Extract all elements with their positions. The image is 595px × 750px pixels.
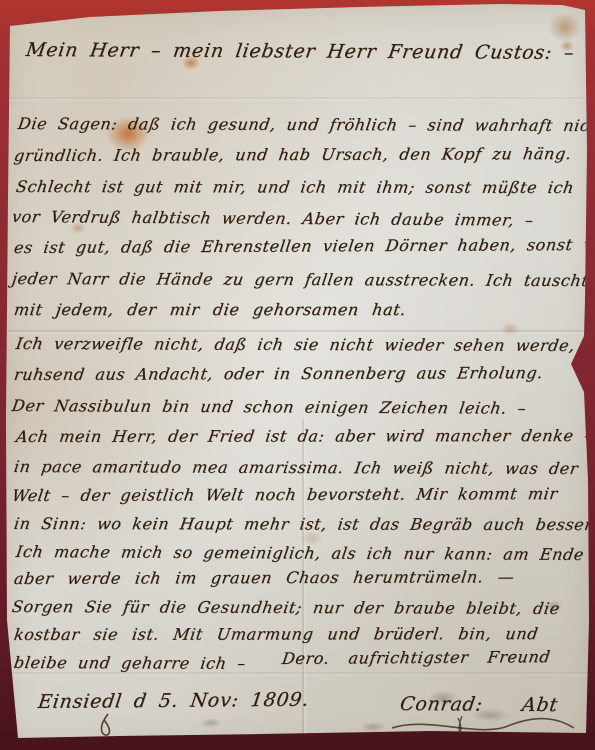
letter-line: Ach mein Herr, der Fried ist da: aber wi… — [15, 427, 564, 446]
letter-line: gründlich. Ich brauble, und hab Ursach, … — [13, 145, 556, 165]
letter-line: Der Nassibulun bin und schon einigen Zei… — [11, 397, 513, 418]
foxing-stain — [548, 12, 582, 42]
photo-background: Mein Herr – mein liebster Herr Freund Cu… — [0, 0, 595, 750]
letter-line: mit jedem, der mir die gehorsamen hat. — [13, 301, 408, 319]
letter-line: vor Verdruß halbtisch werden. Aber ich d… — [11, 208, 533, 230]
fold-crease — [6, 97, 588, 99]
date-flourish — [78, 712, 138, 742]
letter-line: Welt – der geistlich Welt noch bevorsteh… — [11, 485, 554, 505]
salutation-line: Mein Herr – mein liebster Herr Freund Cu… — [24, 40, 479, 64]
letter-line: Schlecht ist gut mit mir, und ich mit ih… — [15, 178, 565, 197]
letter-line: kostbar sie ist. Mit Umarmung und brüder… — [13, 625, 540, 644]
letter-line: Sorgen Sie für die Gesundheit; nur der b… — [11, 598, 561, 618]
letter-line: in Sinn: wo kein Haupt mehr ist, ist das… — [13, 515, 560, 534]
ink-smudge — [200, 718, 222, 728]
letter-line: in pace amaritudo mea amarissima. Ich we… — [13, 458, 563, 478]
signature: Conrad: Abt — [398, 694, 559, 717]
letter-line: aber werde ich im grauen Chaos herumtrüm… — [13, 568, 516, 588]
ink-smudge — [360, 722, 386, 732]
letter-line: Ich verzweifle nicht, daß ich sie nicht … — [15, 335, 571, 355]
foxing-stain — [500, 322, 520, 336]
letter-line: ruhsend aus Andacht, oder in Sonnenberg … — [13, 364, 544, 384]
fold-crease — [6, 330, 588, 332]
edge-tear — [579, 334, 595, 394]
letter-paper: Mein Herr – mein liebster Herr Freund Cu… — [0, 0, 595, 750]
closing-valediction: Dero. aufrichtigster Freund — [281, 648, 552, 668]
dateline-place-date: Einsiedl d 5. Nov: 1809. — [37, 690, 266, 714]
closing-left: bleibe und geharre ich – — [13, 654, 228, 673]
letter-line: Die Sagen: daß ich gesund, und fröhlich … — [17, 115, 571, 135]
signature-flourish — [388, 714, 578, 740]
letter-line: Ich mache mich so gemeiniglich, als ich … — [15, 543, 565, 564]
letter-line: jeder Narr die Hände zu gern fallen auss… — [11, 270, 565, 290]
letter-line: es ist gut, daß die Ehrenstellen vielen … — [13, 236, 572, 257]
